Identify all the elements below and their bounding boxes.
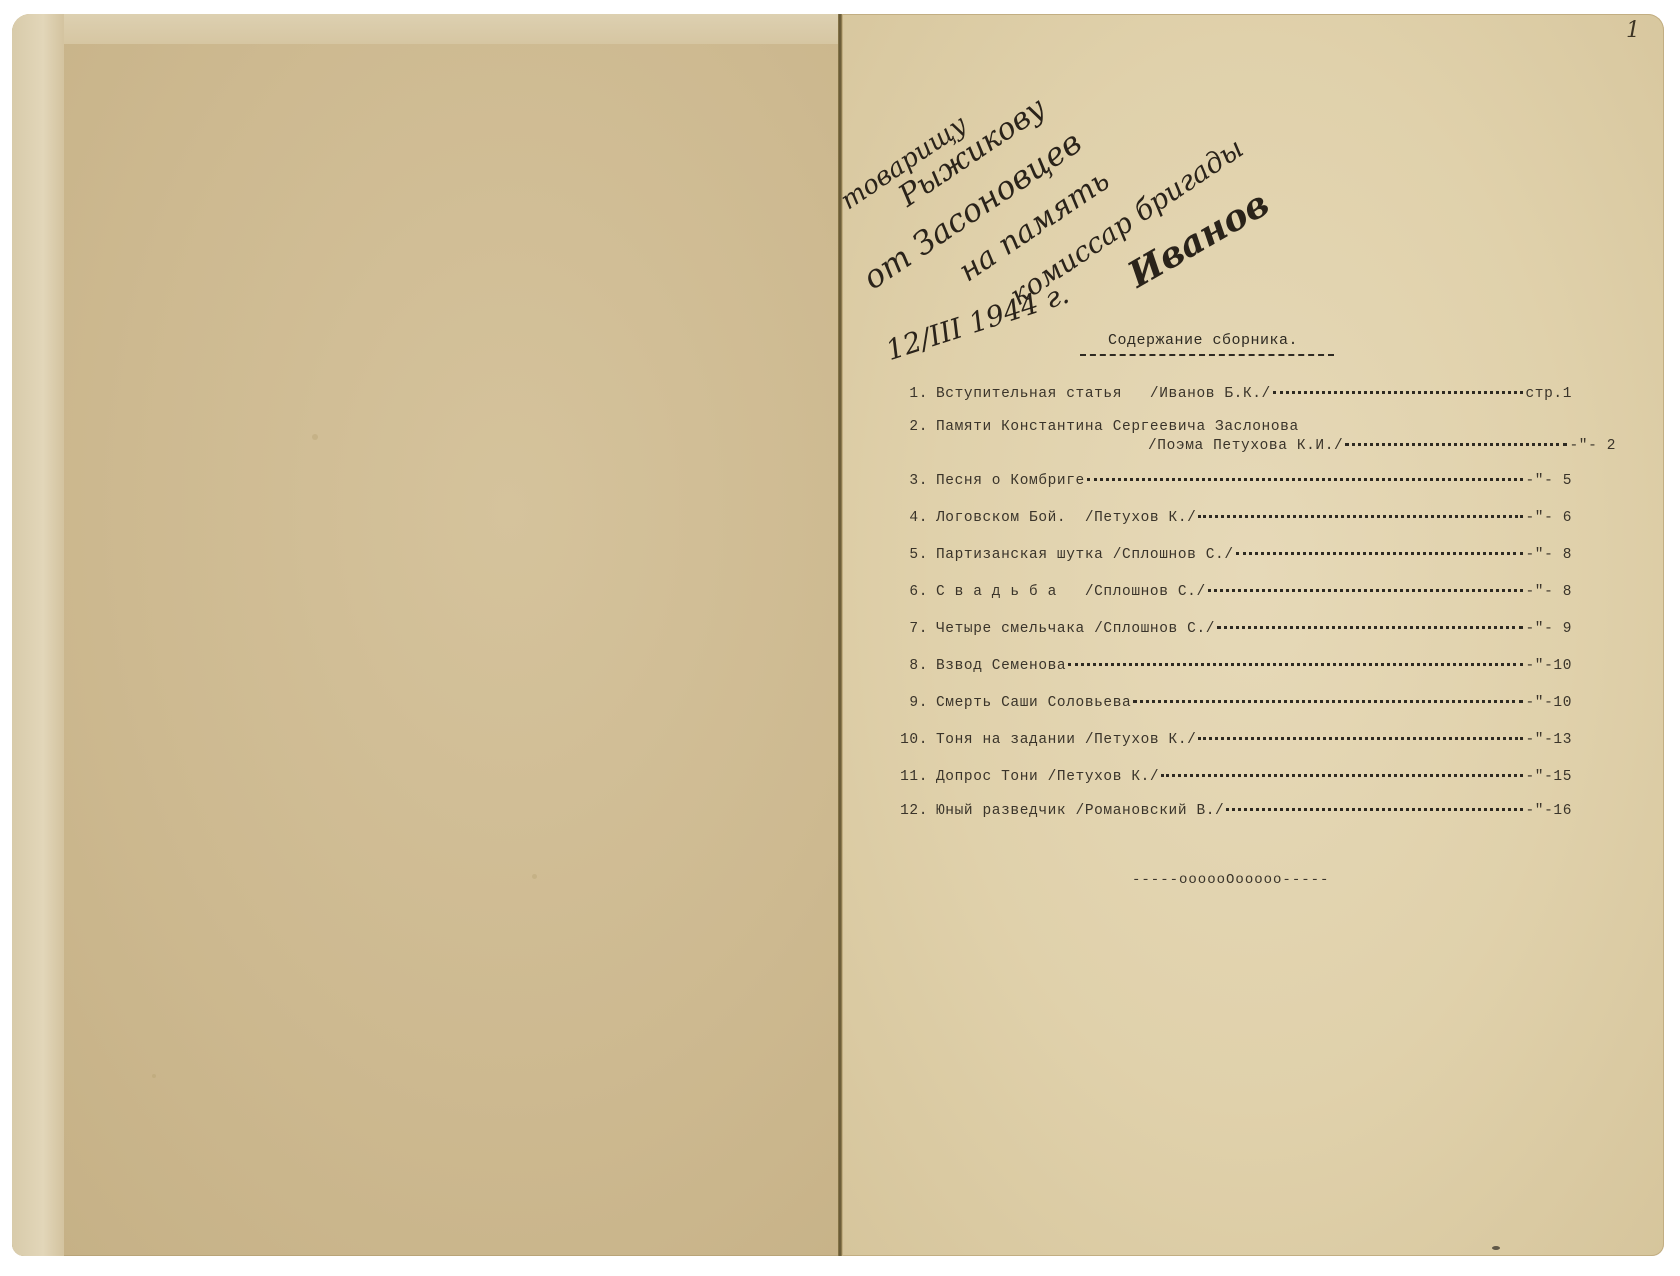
toc-item-page: -"- 5 xyxy=(1525,473,1572,489)
right-contents-page: 1 товарищу Рыжикову от Засоновцев на пам… xyxy=(842,14,1664,1256)
toc-item: 2. Памяти Константина Сергеевича Заслоно… xyxy=(892,419,1572,435)
toc-item-number: 11. xyxy=(892,769,928,785)
left-page-top-edge xyxy=(12,14,840,44)
left-cover-page xyxy=(12,14,840,1256)
toc-item-title: Взвод Семенова xyxy=(936,658,1066,674)
toc-item: 3. Песня о Комбриге -"- 5 xyxy=(892,473,1572,489)
toc-item-subtitle: /Поэма Петухова К.И./ xyxy=(1148,438,1343,454)
toc-item-title: Партизанская шутка /Сплошнов С./ xyxy=(936,547,1234,563)
toc-item-page: -"- 8 xyxy=(1525,547,1572,563)
toc-item-number: 9. xyxy=(892,695,928,711)
paper-speck xyxy=(152,1074,156,1078)
toc-item-page: -"- 9 xyxy=(1525,621,1572,637)
toc-item-number: 2. xyxy=(892,419,928,435)
toc-item: 1. Вступительная статья /Иванов Б.К./ ст… xyxy=(892,386,1572,402)
toc-item-number: 7. xyxy=(892,621,928,637)
dot-leader xyxy=(1198,736,1523,740)
toc-item-title: Смерть Саши Соловьева xyxy=(936,695,1131,711)
toc-item-title: Песня о Комбриге xyxy=(936,473,1085,489)
toc-item-page: -"-10 xyxy=(1525,695,1572,711)
dot-leader xyxy=(1208,588,1524,592)
end-ornament: -----oooooOooooo----- xyxy=(1132,872,1329,888)
dot-leader xyxy=(1236,551,1524,555)
toc-item-page: -"- 8 xyxy=(1525,584,1572,600)
toc-item-page: -"-13 xyxy=(1525,732,1572,748)
toc-item-number: 4. xyxy=(892,510,928,526)
booklet-spread: 1 товарищу Рыжикову от Засоновцев на пам… xyxy=(12,14,1664,1256)
toc-item-page: -"- 6 xyxy=(1525,510,1572,526)
toc-item: 11. Допрос Тони /Петухов К./ -"-15 xyxy=(892,769,1572,785)
toc-item: 10. Тоня на задании /Петухов К./ -"-13 xyxy=(892,732,1572,748)
toc-item-number: 12. xyxy=(892,803,928,819)
toc-item-title: Допрос Тони /Петухов К./ xyxy=(936,769,1159,785)
toc-item: 5. Партизанская шутка /Сплошнов С./ -"- … xyxy=(892,547,1572,563)
toc-item-title: Четыре смельчака /Сплошнов С./ xyxy=(936,621,1215,637)
toc-item-page: стр.1 xyxy=(1525,386,1572,402)
left-page-binding-edge xyxy=(12,14,64,1256)
toc-item: 7. Четыре смельчака /Сплошнов С./ -"- 9 xyxy=(892,621,1572,637)
dot-leader xyxy=(1345,442,1567,446)
toc-item-number: 6. xyxy=(892,584,928,600)
dot-leader xyxy=(1161,773,1523,777)
toc-item-page: -"-15 xyxy=(1525,769,1572,785)
toc-item-number: 1. xyxy=(892,386,928,402)
paper-speck xyxy=(532,874,537,879)
dot-leader xyxy=(1198,514,1523,518)
toc-item: 6. С в а д ь б а /Сплошнов С./ -"- 8 xyxy=(892,584,1572,600)
toc-item: 4. Логовском Бой. /Петухов К./ -"- 6 xyxy=(892,510,1572,526)
dot-leader xyxy=(1217,625,1523,629)
toc-item-title: С в а д ь б а /Сплошнов С./ xyxy=(936,584,1206,600)
toc-item: 8. Взвод Семенова -"-10 xyxy=(892,658,1572,674)
dot-leader xyxy=(1068,662,1523,666)
dot-leader xyxy=(1273,390,1524,394)
toc-list: 1. Вступительная статья /Иванов Б.К./ ст… xyxy=(842,14,1664,1256)
dot-leader xyxy=(1133,699,1523,703)
ink-speck xyxy=(1492,1246,1500,1250)
toc-item-number: 8. xyxy=(892,658,928,674)
toc-item-page: -"-10 xyxy=(1525,658,1572,674)
toc-item-page: -"- 2 xyxy=(1569,438,1616,454)
toc-item-number: 3. xyxy=(892,473,928,489)
toc-item: 12. Юный разведчик /Романовский В./ -"-1… xyxy=(892,803,1572,819)
dot-leader xyxy=(1226,807,1523,811)
toc-item: 9. Смерть Саши Соловьева -"-10 xyxy=(892,695,1572,711)
toc-item-subline: /Поэма Петухова К.И./ -"- 2 xyxy=(936,438,1616,454)
paper-speck xyxy=(312,434,318,440)
toc-item-title: Вступительная статья /Иванов Б.К./ xyxy=(936,386,1271,402)
toc-item-title: Юный разведчик /Романовский В./ xyxy=(936,803,1224,819)
toc-item-title: Памяти Константина Сергеевича Заслонова xyxy=(936,419,1299,435)
dot-leader xyxy=(1087,477,1524,481)
toc-item-number: 5. xyxy=(892,547,928,563)
toc-item-page: -"-16 xyxy=(1525,803,1572,819)
toc-item-number: 10. xyxy=(892,732,928,748)
toc-item-title: Тоня на задании /Петухов К./ xyxy=(936,732,1196,748)
toc-item-title: Логовском Бой. /Петухов К./ xyxy=(936,510,1196,526)
